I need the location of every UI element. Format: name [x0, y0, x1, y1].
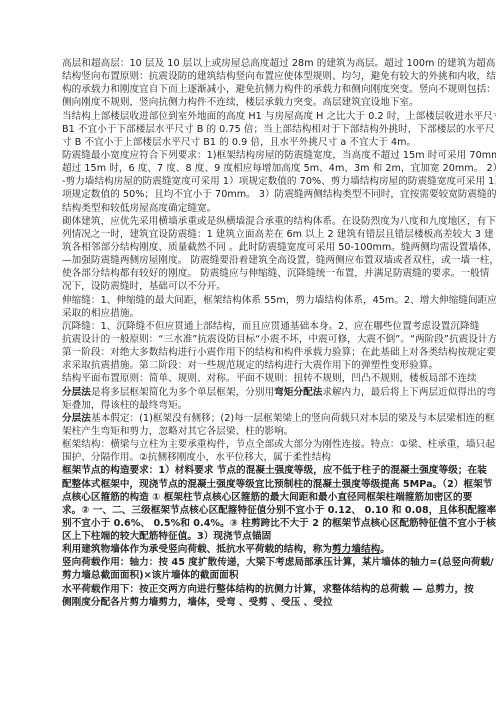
- text-line: 寸 B 不宜小于上部楼层水平尺寸 B1 的 0.9 倍，且水平外挑尺寸 a 不宜…: [62, 136, 442, 149]
- text-line: 使各部分结构都有较好的刚度。 防震缝应与伸缩缝、沉降缝统一布置，并满足防震缝的要…: [62, 267, 442, 280]
- text-segment: 架柱产生弯矩和剪力，忽略对其它各层梁、柱的影响。: [62, 426, 293, 437]
- text-line: 求。② 一、二、三级框架节点核心区配箍特征值分别不宜小于 0.12、 0.10 …: [62, 504, 442, 517]
- text-line: 围护、分隔作用。②抗侧移刚度小，水平位移大，属于柔性结构: [62, 451, 442, 464]
- bold-text-segment: 侧刚度分配各片剪力墙剪力，墙体，受弯 、受剪 、受压 、受拉: [62, 597, 333, 608]
- text-segment: 框架结构：横梁与立柱为主要承重构件，节点全部或大部分为刚性连接。特点：①梁、柱承…: [62, 439, 495, 450]
- text-segment: 抗震设计的一般原则：“三水准”抗震设防目标“小震不坏，中震可修，大震不倒”。“两…: [62, 334, 496, 345]
- bold-text-segment: 竖向荷载作用：轴力：按 45 度扩散传递，大梁下考虑局部承压计算，某片墙体的轴力…: [62, 557, 494, 568]
- text-line: 列情况之一时，建筑宜设防震缝：1 建筑立面高差在 6m 以上 2 建筑有错层且错…: [62, 228, 442, 241]
- text-line: 分层法是将多层框架简化为多个单层框架，分别用弯矩分配法求解内力，最后将上下两层近…: [62, 386, 442, 399]
- bold-text-segment: 别不宜小于 0.6%、 0.5%和 0.4%。③ 柱剪跨比不大于 2 的框架节点…: [62, 518, 496, 529]
- text-segment: 侧向刚度不规则，竖向抗侧力构件不连续，楼层承载力突变。高层建筑宜设地下室。: [62, 97, 419, 108]
- text-line: 框架节点的构造要求：1）材料要求 节点的混凝土强度等级，应不低于柱子的混凝土强度…: [62, 464, 442, 477]
- bold-text-segment: 。: [380, 544, 390, 555]
- text-segment: 寸 B 不宜小于上部楼层水平尺寸 B1 的 0.9 倍，且水平外挑尺寸 a 不宜…: [62, 137, 416, 148]
- text-segment: —加强防震缝两侧房屋刚度。 防震缝要沿着建筑全高设置，缝两侧应布置双墙或者双柱，…: [62, 255, 496, 266]
- text-line: -剪力墙结构房屋的防震缝宽度可采用 1）项规定数值的 70%、剪力墙结构房屋的防…: [62, 175, 442, 188]
- bold-text-segment: 求。② 一、二、三级框架节点核心区配箍特征值分别不宜小于 0.12、 0.10 …: [62, 505, 496, 516]
- bold-text-segment: 剪力墙总截面面积)×该片墙体的截面面积: [62, 570, 238, 581]
- text-line: 防震缝最小宽度应符合下列要求：1)框架结构房屋的防震缝宽度，当高度不超过 15m…: [62, 149, 442, 162]
- text-segment: B1 不宜小于下部楼层水平尺寸 B 的 0.75 倍；当上部结构相对于下部结构外…: [62, 124, 495, 135]
- text-segment: 超过 15m 时，6 度、7 度、8 度、9 度相应每增加高度 5m、4m、3m…: [62, 163, 496, 174]
- text-segment: 是将多层框架简化为多个单层框架，分别用: [91, 387, 274, 398]
- text-line: —加强防震缝两侧房屋刚度。 防震缝要沿着建筑全高设置，缝两侧应布置双墙或者双柱，…: [62, 254, 442, 267]
- text-segment: 求采取抗震措施。第二阶段：对一些规范规定的结构进行大震作用下的弹塑性变形验算。: [62, 360, 438, 371]
- text-segment: 沉降缝：1、沉降缝不但应贯通上部结构，而且应贯通基础本身。2、应在哪些位置考虑设…: [62, 321, 479, 332]
- text-line: 砌体建筑，应优先采用横墙承重或是纵横墙混合承重的结构体系。在设防烈度为八度和九度…: [62, 215, 442, 228]
- text-line: 伸缩缝：1、伸缩缝的最大间距，框架结构体系 55m，剪力墙结构体系，45m。2、…: [62, 294, 442, 307]
- bold-text-segment: 利用建筑物墙体作为承受竖向荷载、抵抗水平荷载的结构，称为: [62, 544, 332, 555]
- text-segment: -剪力墙结构房屋的防震缝宽度可采用 1）项规定数值的 70%、剪力墙结构房屋的防…: [62, 176, 496, 187]
- text-line: 竖向荷载作用：轴力：按 45 度扩散传递，大梁下考虑局部承压计算，某片墙体的轴力…: [62, 556, 442, 569]
- bold-text-segment: 点核心区箍筋的构造 ① 框架柱节点核心区箍筋的最大间距和最小直径同框架柱端箍筋加…: [62, 492, 472, 503]
- text-segment: 围护、分隔作用。②抗侧移刚度小，水平位移大，属于柔性结构: [62, 452, 331, 463]
- text-line: 分层法基本假定：(1)框架没有侧移；(2)每一层框架梁上的竖向荷载只对本层的梁及…: [62, 412, 442, 425]
- bold-text-segment: 区上下柱端的较大配筋特征值。3）现浇节点锚固: [62, 531, 271, 542]
- text-line: 别不宜小于 0.6%、 0.5%和 0.4%。③ 柱剪跨比不大于 2 的框架节点…: [62, 517, 442, 530]
- text-segment: 列情况之一时，建筑宜设防震缝：1 建筑立面高差在 6m 以上 2 建筑有错层且错…: [62, 229, 494, 240]
- text-segment: 筑各相邻部分结构刚度、质量截然不同 。此时防震缝宽度可采用 50-100mm。缝…: [62, 242, 496, 253]
- text-segment: 结构类型和较低房屋高度确定缝宽。: [62, 203, 216, 214]
- text-segment: 矩叠加，得该柱的最终弯矩。: [62, 400, 187, 411]
- bold-text-segment: 分层法: [62, 387, 91, 398]
- text-segment: 项规定数值的 50%；且均不宜小于 70mm。 3）防震缝两侧结构类型不同时，宜…: [62, 189, 496, 200]
- document-page: 高层和超高层：10 层及 10 层以上或房屋总高度超过 28m 的建筑为高层。超…: [0, 0, 496, 702]
- text-line: 第一阶段：对绝大多数结构进行小震作用下的结构和构件承载力验算；在此基础上对各类结…: [62, 346, 442, 359]
- text-line: 矩叠加，得该柱的最终弯矩。: [62, 399, 442, 412]
- text-segment: 基本假定：(1)框架没有侧移；(2)每一层框架梁上的竖向荷载只对本层的梁及与本层…: [91, 413, 495, 424]
- bold-text-segment: 水平荷载作用下：按正交两方向进行整体结构的抗侧力计算，求整体结构的总荷载 — 总…: [62, 584, 474, 595]
- text-line: 当结构上部楼层收进部位到室外地面的高度 H1 与房屋高度 H 之比大于 0.2 …: [62, 110, 442, 123]
- text-line: 结构平面布置原则：简单、规则、对称。平面不规则：扭转不规则，凹凸不规则，楼板局部…: [62, 372, 442, 385]
- text-segment: 第一阶段：对绝大多数结构进行小震作用下的结构和构件承载力验算；在此基础上对各类结…: [62, 347, 496, 358]
- text-line: 筑各相邻部分结构刚度、质量截然不同 。此时防震缝宽度可采用 50-100mm。缝…: [62, 241, 442, 254]
- text-line: 高层和超高层：10 层及 10 层以上或房屋总高度超过 28m 的建筑为高层。超…: [62, 57, 442, 70]
- text-line: 水平荷载作用下：按正交两方向进行整体结构的抗侧力计算，求整体结构的总荷载 — 总…: [62, 583, 442, 596]
- text-line: 况下，设防震缝时，基础可以不分开。: [62, 280, 442, 293]
- text-segment: 况下，设防震缝时，基础可以不分开。: [62, 281, 226, 292]
- bold-text-segment: 配整体式框架中，现浇节点的混凝土强度等级宜比预制柱的混凝土强度等级提高 5MPa…: [62, 479, 492, 490]
- text-segment: 求解内力，最后将上下两层近似得出的弯: [322, 387, 496, 398]
- text-line: 超过 15m 时，6 度、7 度、8 度、9 度相应每增加高度 5m、4m、3m…: [62, 162, 442, 175]
- text-segment: 当结构上部楼层收进部位到室外地面的高度 H1 与房屋高度 H 之比大于 0.2 …: [62, 111, 496, 122]
- text-segment: 构的承载力和刚度宜自下而上逐渐减小，避免抗侧力构件的承载力和侧向刚度突变。竖向不…: [62, 84, 496, 95]
- text-segment: 采取的相应措施。: [62, 308, 139, 319]
- text-line: 项规定数值的 50%；且均不宜小于 70mm。 3）防震缝两侧结构类型不同时，宜…: [62, 188, 442, 201]
- notes-text-block: 高层和超高层：10 层及 10 层以上或房屋总高度超过 28m 的建筑为高层。超…: [62, 57, 442, 609]
- text-line: 侧向刚度不规则，竖向抗侧力构件不连续，楼层承载力突变。高层建筑宜设地下室。: [62, 96, 442, 109]
- text-line: 沉降缝：1、沉降缝不但应贯通上部结构，而且应贯通基础本身。2、应在哪些位置考虑设…: [62, 320, 442, 333]
- text-line: 抗震设计的一般原则：“三水准”抗震设防目标“小震不坏，中震可修，大震不倒”。“两…: [62, 333, 442, 346]
- text-line: 利用建筑物墙体作为承受竖向荷载、抵抗水平荷载的结构，称为剪力墙结构。: [62, 543, 442, 556]
- text-line: 剪力墙总截面面积)×该片墙体的截面面积: [62, 569, 442, 582]
- text-segment: 伸缩缝：1、伸缩缝的最大间距，框架结构体系 55m，剪力墙结构体系，45m。2、…: [62, 295, 496, 306]
- text-segment: 使各部分结构都有较好的刚度。 防震缝应与伸缩缝、沉降缝统一布置，并满足防震缝的要…: [62, 268, 489, 279]
- text-line: 区上下柱端的较大配筋特征值。3）现浇节点锚固: [62, 530, 442, 543]
- text-line: 采取的相应措施。: [62, 307, 442, 320]
- text-segment: 结构竖向布置原则：抗震设防的建筑结构竖向布置应使体型规则、均匀，避免有较大的外挑…: [62, 71, 496, 82]
- text-line: 配整体式框架中，现浇节点的混凝土强度等级宜比预制柱的混凝土强度等级提高 5MPa…: [62, 478, 442, 491]
- text-line: B1 不宜小于下部楼层水平尺寸 B 的 0.75 倍；当上部结构相对于下部结构外…: [62, 123, 442, 136]
- text-segment: 结构平面布置原则：简单、规则、对称。平面不规则：扭转不规则，凹凸不规则，楼板局部…: [62, 373, 477, 384]
- text-line: 求采取抗震措施。第二阶段：对一些规范规定的结构进行大震作用下的弹塑性变形验算。: [62, 359, 442, 372]
- bold-text-segment: 分层法: [62, 413, 91, 424]
- bold-text-segment: 框架节点的构造要求：1）材料要求 节点的混凝土强度等级，应不低于柱子的混凝土强度…: [62, 465, 487, 476]
- text-line: 结构竖向布置原则：抗震设防的建筑结构竖向布置应使体型规则、均匀，避免有较大的外挑…: [62, 70, 442, 83]
- text-line: 侧刚度分配各片剪力墙剪力，墙体，受弯 、受剪 、受压 、受拉: [62, 596, 442, 609]
- text-segment: 防震缝最小宽度应符合下列要求：1)框架结构房屋的防震缝宽度，当高度不超过 15m…: [62, 150, 496, 161]
- bold-text-segment: 弯矩分配法: [274, 387, 322, 398]
- underlined-term: 剪力墙结构: [332, 544, 380, 555]
- text-line: 框架结构：横梁与立柱为主要承重构件，节点全部或大部分为刚性连接。特点：①梁、柱承…: [62, 438, 442, 451]
- text-line: 构的承载力和刚度宜自下而上逐渐减小，避免抗侧力构件的承载力和侧向刚度突变。竖向不…: [62, 83, 442, 96]
- text-line: 架柱产生弯矩和剪力，忽略对其它各层梁、柱的影响。: [62, 425, 442, 438]
- text-line: 结构类型和较低房屋高度确定缝宽。: [62, 202, 442, 215]
- text-segment: 砌体建筑，应优先采用横墙承重或是纵横墙混合承重的结构体系。在设防烈度为八度和九度…: [62, 216, 496, 227]
- text-line: 点核心区箍筋的构造 ① 框架柱节点核心区箍筋的最大间距和最小直径同框架柱端箍筋加…: [62, 491, 442, 504]
- text-segment: 高层和超高层：10 层及 10 层以上或房屋总高度超过 28m 的建筑为高层。超…: [62, 58, 496, 69]
